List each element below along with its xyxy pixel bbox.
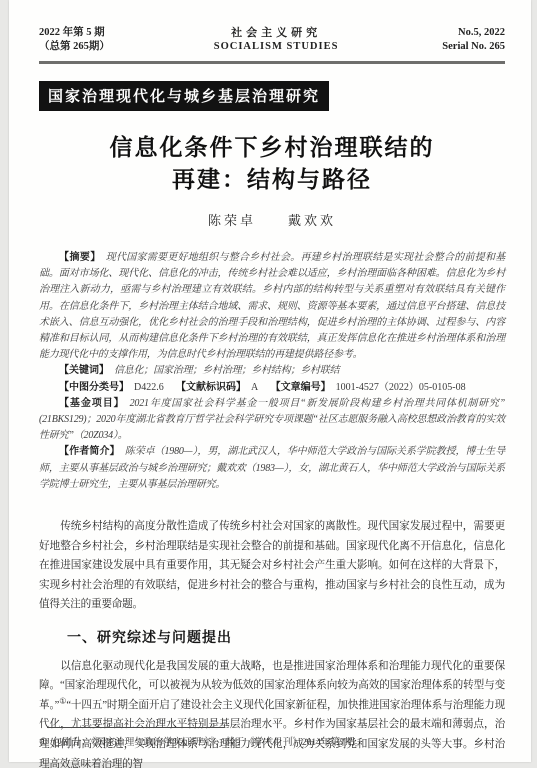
serial-line-1: No.5, 2022: [442, 26, 505, 40]
footnote-area: ①包刚升：《国家治理与政治学实证研究》，载于《学术月刊》2014年第7期。: [39, 727, 505, 750]
meta-block: 【摘要】现代国家需要更好地组织与整合乡村社会。再建乡村治理联结是实现社会整合的前…: [39, 250, 505, 493]
footnote-marker: ①: [39, 737, 48, 748]
section-heading-1: 一、研究综述与问题提出: [39, 628, 505, 648]
article-title: 信息化条件下乡村治理联结的 再建：结构与路径: [39, 131, 505, 195]
bio-paragraph: 【作者简介】陈荣卓（1980—），男，湖北武汉人，华中师范大学政治与国际关系学院…: [39, 444, 505, 493]
scanned-journal-page: { "header": { "issue_line1": "2022 年第 5 …: [0, 0, 537, 768]
bio-label: 【作者简介】: [59, 446, 120, 457]
article-title-line-1: 信息化条件下乡村治理联结的: [39, 131, 505, 163]
journal-header: 2022 年第 5 期 （总第 265期） 社会主义研究 SOCIALISM S…: [39, 26, 505, 54]
abstract-paragraph: 【摘要】现代国家需要更好地组织与整合乡村社会。再建乡村治理联结是实现社会整合的前…: [39, 250, 505, 363]
serial-line-2: Serial No. 265: [442, 40, 505, 54]
serial-info: No.5, 2022 Serial No. 265: [442, 26, 505, 54]
body-paragraph-1: 传统乡村结构的高度分散性造成了传统乡村社会对国家的离散性。现代国家发展过程中，需…: [39, 517, 505, 615]
abstract-text: 现代国家需要更好地组织与整合乡村社会。再建乡村治理联结是实现社会整合的前提和基础…: [39, 252, 505, 360]
article-id-value: 1001-4527（2022）05-0105-08: [336, 382, 466, 393]
doc-code-value: A: [251, 382, 258, 393]
clc-value: D422.6: [134, 382, 164, 393]
doc-code-label: 【文献标识码】: [176, 382, 246, 393]
footnote-divider: [47, 727, 225, 728]
issue-info: 2022 年第 5 期 （总第 265期）: [39, 26, 110, 54]
issue-line-2: （总第 265期）: [39, 40, 110, 54]
classification-line: 【中图分类号】D422.6 【文献标识码】A 【文章编号】1001-4527（2…: [39, 380, 505, 396]
article-title-line-2: 再建：结构与路径: [39, 163, 505, 195]
header-divider: [39, 61, 505, 64]
article-id-label: 【文章编号】: [271, 382, 331, 393]
fund-paragraph: 【基金项目】2021年度国家社会科学基金一般项目“新发展阶段构建乡村治理共同体机…: [39, 396, 505, 445]
issue-line-1: 2022 年第 5 期: [39, 26, 110, 40]
body-paragraph-2: 以信息化驱动现代化是我国发展的重大战略，也是推进国家治理体系和治理能力现代化的重…: [39, 657, 505, 768]
abstract-label: 【摘要】: [59, 252, 101, 263]
journal-title: 社会主义研究 SOCIALISM STUDIES: [214, 26, 339, 54]
keywords-label: 【关键词】: [59, 365, 109, 376]
paper-page: 2022 年第 5 期 （总第 265期） 社会主义研究 SOCIALISM S…: [9, 0, 531, 762]
clc-label: 【中图分类号】: [59, 382, 129, 393]
footnote-text: 包刚升：《国家治理与政治学实证研究》，载于《学术月刊》2014年第7期。: [53, 737, 364, 748]
fund-label: 【基金项目】: [59, 398, 125, 409]
authors: 陈荣卓 戴欢欢: [39, 210, 505, 229]
journal-title-cn: 社会主义研究: [214, 26, 339, 40]
keywords-paragraph: 【关键词】信息化；国家治理；乡村治理；乡村结构；乡村联结: [39, 363, 505, 379]
column-banner: 国家治理现代化与城乡基层治理研究: [39, 81, 329, 111]
footnote: ①包刚升：《国家治理与政治学实证研究》，载于《学术月刊》2014年第7期。: [39, 736, 505, 750]
journal-title-en: SOCIALISM STUDIES: [214, 40, 339, 54]
keywords-text: 信息化；国家治理；乡村治理；乡村结构；乡村联结: [114, 365, 339, 376]
